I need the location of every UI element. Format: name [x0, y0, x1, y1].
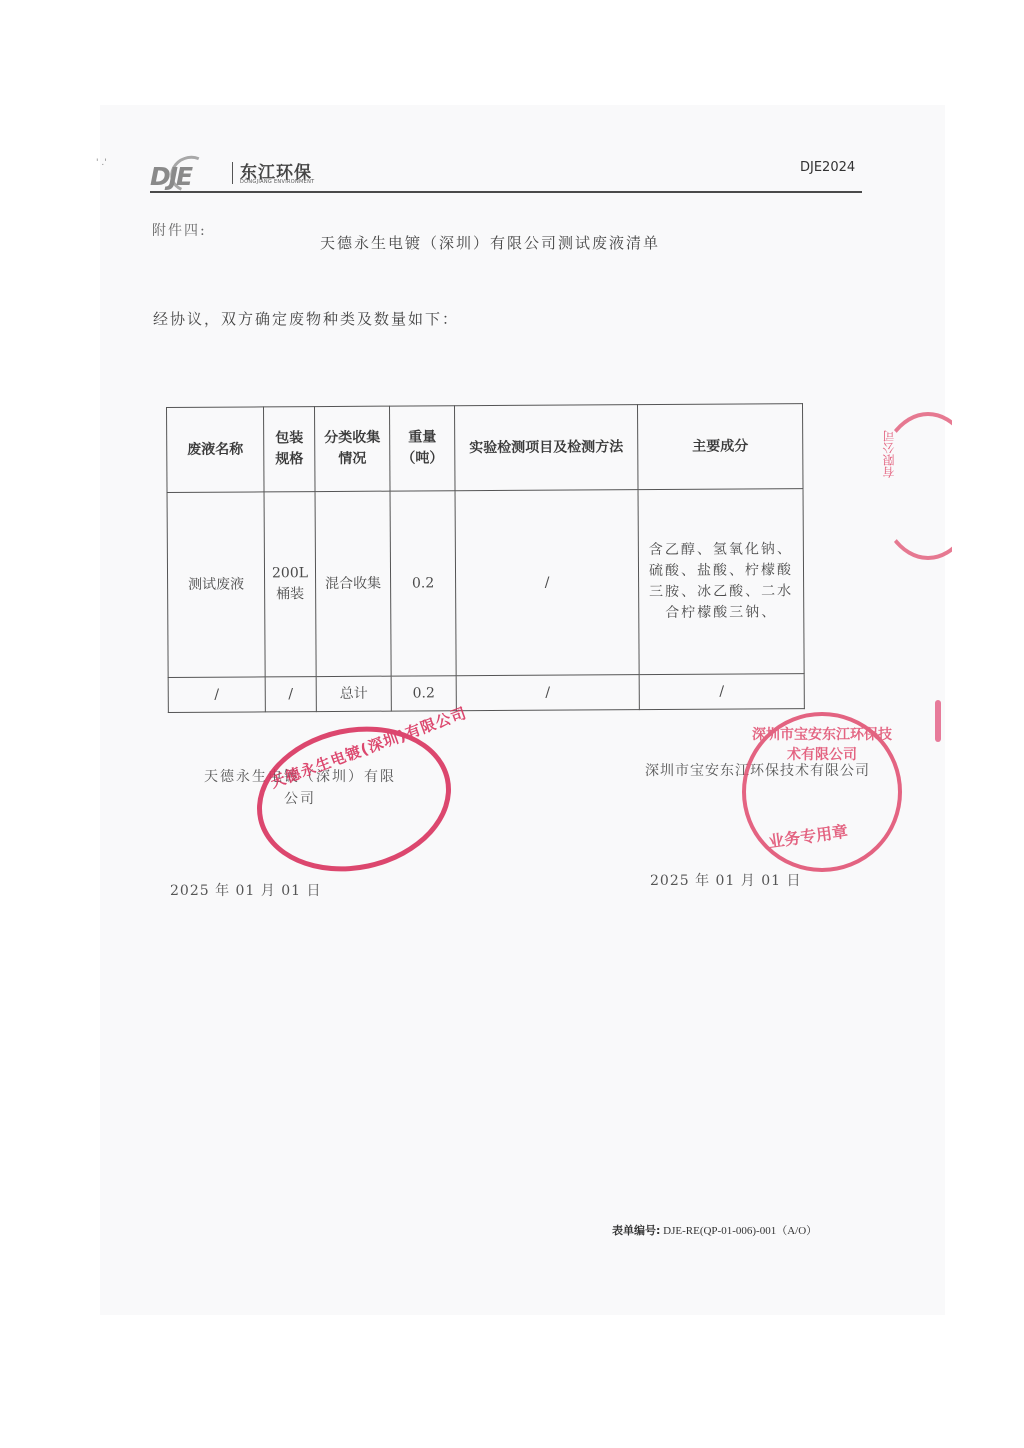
total-cell-components: / [639, 674, 804, 710]
logo-separator [232, 162, 233, 184]
attachment-label: 附件四: [152, 220, 207, 240]
header-components: 主要成分 [637, 404, 803, 490]
table-total-row: / / 总计 0.2 / / [168, 674, 804, 713]
header-weight: 重量（吨） [389, 406, 455, 491]
right-date: 2025 年 01 月 01 日 [650, 870, 802, 890]
logo-english-name: DONGJIANG ENVIRONMENT [240, 179, 315, 185]
edge-seal-text: 有限公司 [880, 430, 897, 478]
form-number-label: 表单编号: [612, 1224, 660, 1237]
cell-packaging: 200L桶装 [264, 492, 316, 677]
cell-components: 含乙醇、氢氧化钠、硫酸、盐酸、柠檬酸三胺、冰乙酸、二水合柠檬酸三钠、 [638, 489, 804, 675]
total-cell-weight: 0.2 [391, 676, 456, 711]
table-row: 测试废液 200L桶装 混合收集 0.2 / 含乙醇、氢氧化钠、硫酸、盐酸、柠檬… [167, 489, 804, 678]
header-divider [150, 191, 862, 193]
scan-specks: ' .' [96, 158, 107, 168]
right-seal-arc-text: 深圳市宝安东江环保技术有限公司 [752, 724, 892, 764]
form-number: 表单编号: DJE-RE(QP-01-006)-001（A/O） [612, 1222, 817, 1238]
intro-text: 经协议，双方确定废物种类及数量如下： [153, 308, 459, 329]
header-collection: 分类收集情况 [315, 406, 391, 491]
header-waste-name: 废液名称 [167, 407, 265, 493]
left-date: 2025 年 01 月 01 日 [170, 880, 322, 900]
right-seal-center-text: 业务专用章 [767, 819, 849, 853]
document-code: DJE2024 [800, 160, 855, 175]
header-test-method: 实验检测项目及检测方法 [454, 405, 638, 491]
cell-collection: 混合收集 [315, 491, 391, 676]
waste-list-table: 废液名称 包装规格 分类收集情况 重量（吨） 实验检测项目及检测方法 主要成分 … [166, 403, 805, 713]
total-cell-name: / [168, 677, 265, 713]
form-number-value: DJE-RE(QP-01-006)-001（A/O） [663, 1225, 817, 1237]
logo-mark: DJE [150, 162, 191, 191]
table-header-row: 废液名称 包装规格 分类收集情况 重量（吨） 实验检测项目及检测方法 主要成分 [167, 404, 804, 493]
cell-waste-name: 测试废液 [167, 492, 265, 678]
cell-weight: 0.2 [390, 491, 456, 676]
company-logo: DJE 东江环保 DONGJIANG ENVIRONMENT [150, 158, 340, 190]
header-packaging: 包装规格 [264, 407, 316, 492]
right-company-seal: 深圳市宝安东江环保技术有限公司 业务专用章 [742, 712, 902, 872]
document-title: 天德永生电镀（深圳）有限公司测试废液清单 [320, 232, 660, 253]
total-cell-packaging: / [265, 677, 316, 712]
total-cell-test-method: / [456, 675, 639, 711]
cell-test-method: / [455, 490, 639, 676]
edge-seal-mark [935, 700, 941, 742]
total-cell-label: 总计 [316, 676, 391, 711]
